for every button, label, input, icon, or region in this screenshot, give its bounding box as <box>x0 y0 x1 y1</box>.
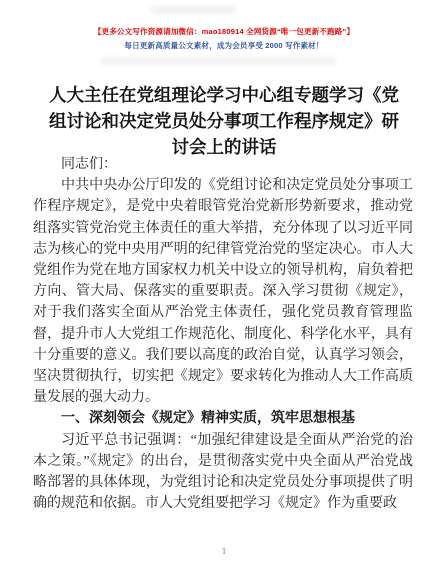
promo-header: 【更多公文写作资源请加微信：mao180914 全网货源“唯一包更新不跑路”】 … <box>0 25 448 52</box>
document-page: 【更多公文写作资源请加微信：mao180914 全网货源“唯一包更新不跑路”】 … <box>0 0 448 580</box>
section-heading-1: 一、深刻领会《规定》精神实质，筑牢思想根基 <box>33 408 413 429</box>
paragraph-2: 习近平总书记强调：“加强纪律建设是全面从严治党的治本之策。”《规定》的出台，是贯… <box>33 430 413 515</box>
salutation: 同志们： <box>33 154 413 175</box>
promo-line-red: 【更多公文写作资源请加微信：mao180914 全网货源“唯一包更新不跑路”】 <box>0 25 448 39</box>
promo-line-blue: 每日更新高质量公文素材，成为会员享受 2000 写作素材！ <box>0 39 448 52</box>
document-body: 同志们： 中共中央办公厅印发的《党组讨论和决定党员处分事项工作程序规定》，是党中… <box>33 154 413 514</box>
paragraph-1: 中共中央办公厅印发的《党组讨论和决定党员处分事项工作程序规定》，是党中央着眼管党… <box>33 175 413 408</box>
page-number: 1 <box>0 546 448 556</box>
faded-watermark-top <box>150 6 236 14</box>
faded-watermark-mid <box>100 57 336 65</box>
document-title: 人大主任在党组理论学习中心组专题学习《党组讨论和决定党员处分事项工作程序规定》研… <box>44 82 404 160</box>
